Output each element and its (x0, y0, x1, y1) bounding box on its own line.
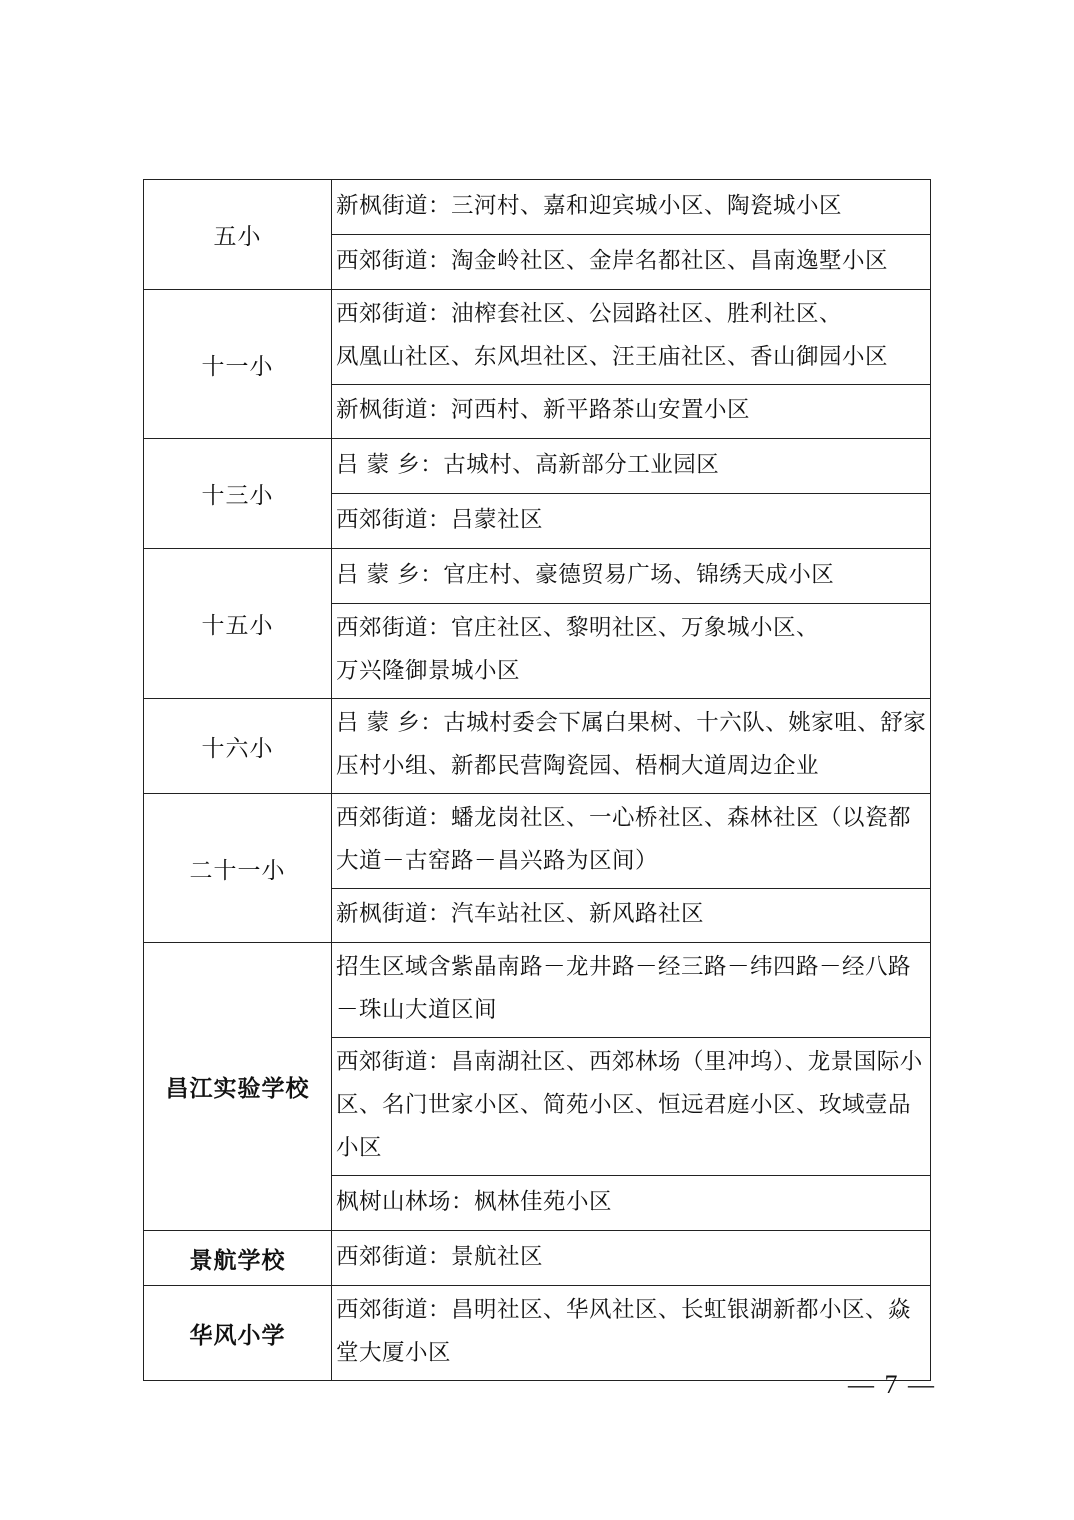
table-row: 十六小吕 蒙 乡：古城村委会下属白果树、十六队、姚家咀、舒家压村小组、新都民营陶… (144, 699, 931, 794)
enrollment-area-cell: 招生区域含紫晶南路－龙井路－经三路－纬四路－经八路－珠山大道区间 (332, 943, 931, 1038)
table-row: 五小新枫街道：三河村、嘉和迎宾城小区、陶瓷城小区 (144, 180, 931, 235)
school-name-cell: 昌江实验学校 (144, 943, 332, 1231)
enrollment-area-cell: 西郊街道：昌明社区、华风社区、长虹银湖新都小区、焱堂大厦小区 (332, 1286, 931, 1381)
table-row: 华风小学西郊街道：昌明社区、华风社区、长虹银湖新都小区、焱堂大厦小区 (144, 1286, 931, 1381)
table-row: 十三小吕 蒙 乡：古城村、高新部分工业园区 (144, 439, 931, 494)
enrollment-area-cell: 西郊街道：官庄社区、黎明社区、万象城小区、万兴隆御景城小区 (332, 604, 931, 699)
enrollment-area-cell: 新枫街道：汽车站社区、新风路社区 (332, 889, 931, 943)
enrollment-area-cell: 新枫街道：三河村、嘉和迎宾城小区、陶瓷城小区 (332, 180, 931, 235)
table-row: 十五小吕 蒙 乡：官庄村、豪德贸易广场、锦绣天成小区 (144, 549, 931, 604)
enrollment-area-cell: 新枫街道：河西村、新平路茶山安置小区 (332, 385, 931, 439)
school-name-cell: 景航学校 (144, 1231, 332, 1286)
school-name-cell: 二十一小 (144, 794, 332, 943)
enrollment-area-cell: 西郊街道：淘金岭社区、金岸名都社区、昌南逸墅小区 (332, 235, 931, 290)
school-name-cell: 华风小学 (144, 1286, 332, 1381)
table-row: 景航学校西郊街道：景航社区 (144, 1231, 931, 1286)
enrollment-area-cell: 吕 蒙 乡：古城村委会下属白果树、十六队、姚家咀、舒家压村小组、新都民营陶瓷园、… (332, 699, 931, 794)
page-number: — 7 — (848, 1370, 936, 1400)
school-name-cell: 十一小 (144, 290, 332, 439)
table-row: 二十一小西郊街道：蟠龙岗社区、一心桥社区、森林社区（以瓷都大道－古窑路－昌兴路为… (144, 794, 931, 889)
school-name-cell: 十五小 (144, 549, 332, 699)
table-row: 十一小西郊街道：油榨套社区、公园路社区、胜利社区、凤凰山社区、东风坦社区、汪王庙… (144, 290, 931, 385)
enrollment-area-cell: 枫树山林场：枫林佳苑小区 (332, 1176, 931, 1231)
school-name-cell: 五小 (144, 180, 332, 290)
school-name-cell: 十六小 (144, 699, 332, 794)
enrollment-area-cell: 西郊街道：景航社区 (332, 1231, 931, 1286)
enrollment-area-cell: 吕 蒙 乡：古城村、高新部分工业园区 (332, 439, 931, 494)
enrollment-area-cell: 西郊街道：吕蒙社区 (332, 494, 931, 549)
enrollment-area-cell: 西郊街道：昌南湖社区、西郊林场（里冲坞）、龙景国际小区、名门世家小区、简苑小区、… (332, 1038, 931, 1176)
table-body: 五小新枫街道：三河村、嘉和迎宾城小区、陶瓷城小区西郊街道：淘金岭社区、金岸名都社… (144, 180, 931, 1381)
school-name-cell: 十三小 (144, 439, 332, 549)
table-row: 昌江实验学校招生区域含紫晶南路－龙井路－经三路－纬四路－经八路－珠山大道区间 (144, 943, 931, 1038)
enrollment-area-cell: 西郊街道：蟠龙岗社区、一心桥社区、森林社区（以瓷都大道－古窑路－昌兴路为区间） (332, 794, 931, 889)
enrollment-area-cell: 吕 蒙 乡：官庄村、豪德贸易广场、锦绣天成小区 (332, 549, 931, 604)
enrollment-zone-table: 五小新枫街道：三河村、嘉和迎宾城小区、陶瓷城小区西郊街道：淘金岭社区、金岸名都社… (143, 179, 931, 1381)
enrollment-area-cell: 西郊街道：油榨套社区、公园路社区、胜利社区、凤凰山社区、东风坦社区、汪王庙社区、… (332, 290, 931, 385)
